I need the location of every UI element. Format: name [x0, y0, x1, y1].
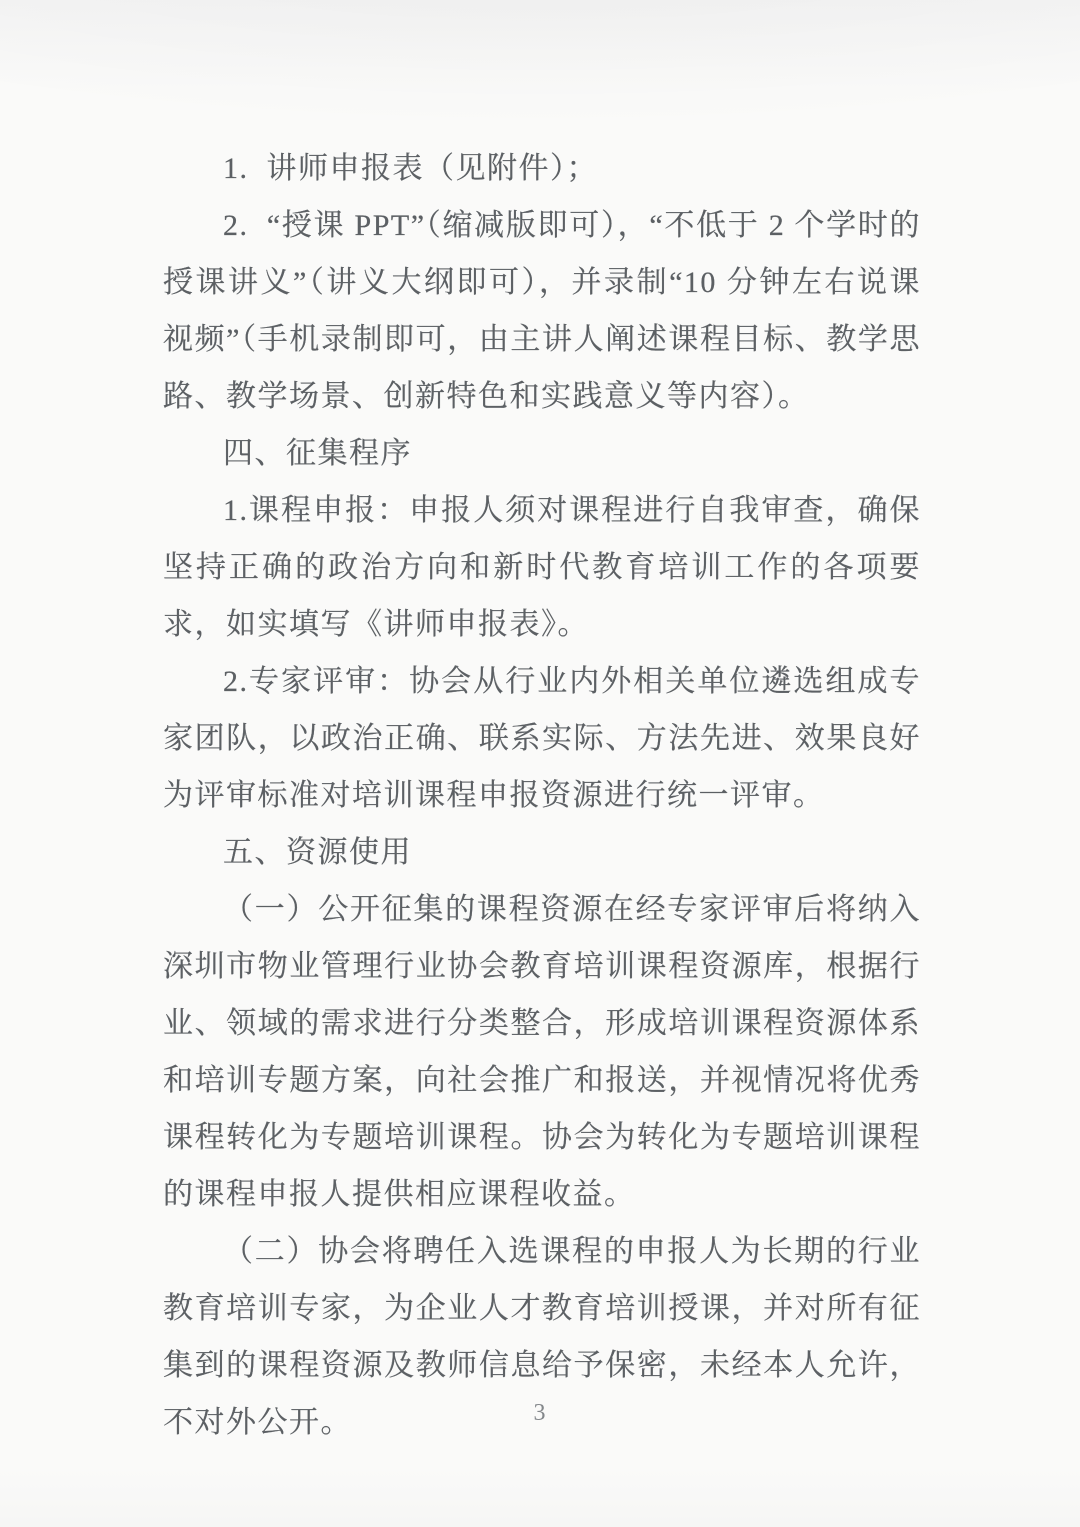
section-heading-5-resource-usage: 五、资源使用	[163, 824, 921, 881]
attachment-list-item-1: 1. 讲师申报表（见附件）；	[163, 140, 921, 197]
section5-item-1-resource-library: （一）公开征集的课程资源在经专家评审后将纳入深圳市物业管理行业协会教育培训课程资…	[163, 881, 921, 1223]
section4-item-2-expert-review: 2.专家评审：协会从行业内外相关单位遴选组成专家团队，以政治正确、联系实际、方法…	[163, 653, 921, 824]
attachment-list-item-2: 2. “授课 PPT”（缩减版即可），“不低于 2 个学时的授课讲义”（讲义大纲…	[163, 197, 921, 425]
page-number: 3	[534, 1400, 547, 1426]
document-body: 1. 讲师申报表（见附件）； 2. “授课 PPT”（缩减版即可），“不低于 2…	[163, 140, 921, 1451]
section-heading-4-collection-procedure: 四、征集程序	[163, 425, 921, 482]
document-page: 1. 讲师申报表（见附件）； 2. “授课 PPT”（缩减版即可），“不低于 2…	[0, 0, 1080, 1527]
page-footer: 3	[0, 1398, 1080, 1428]
section4-item-1-course-application: 1.课程申报：申报人须对课程进行自我审查，确保坚持正确的政治方向和新时代教育培训…	[163, 482, 921, 653]
